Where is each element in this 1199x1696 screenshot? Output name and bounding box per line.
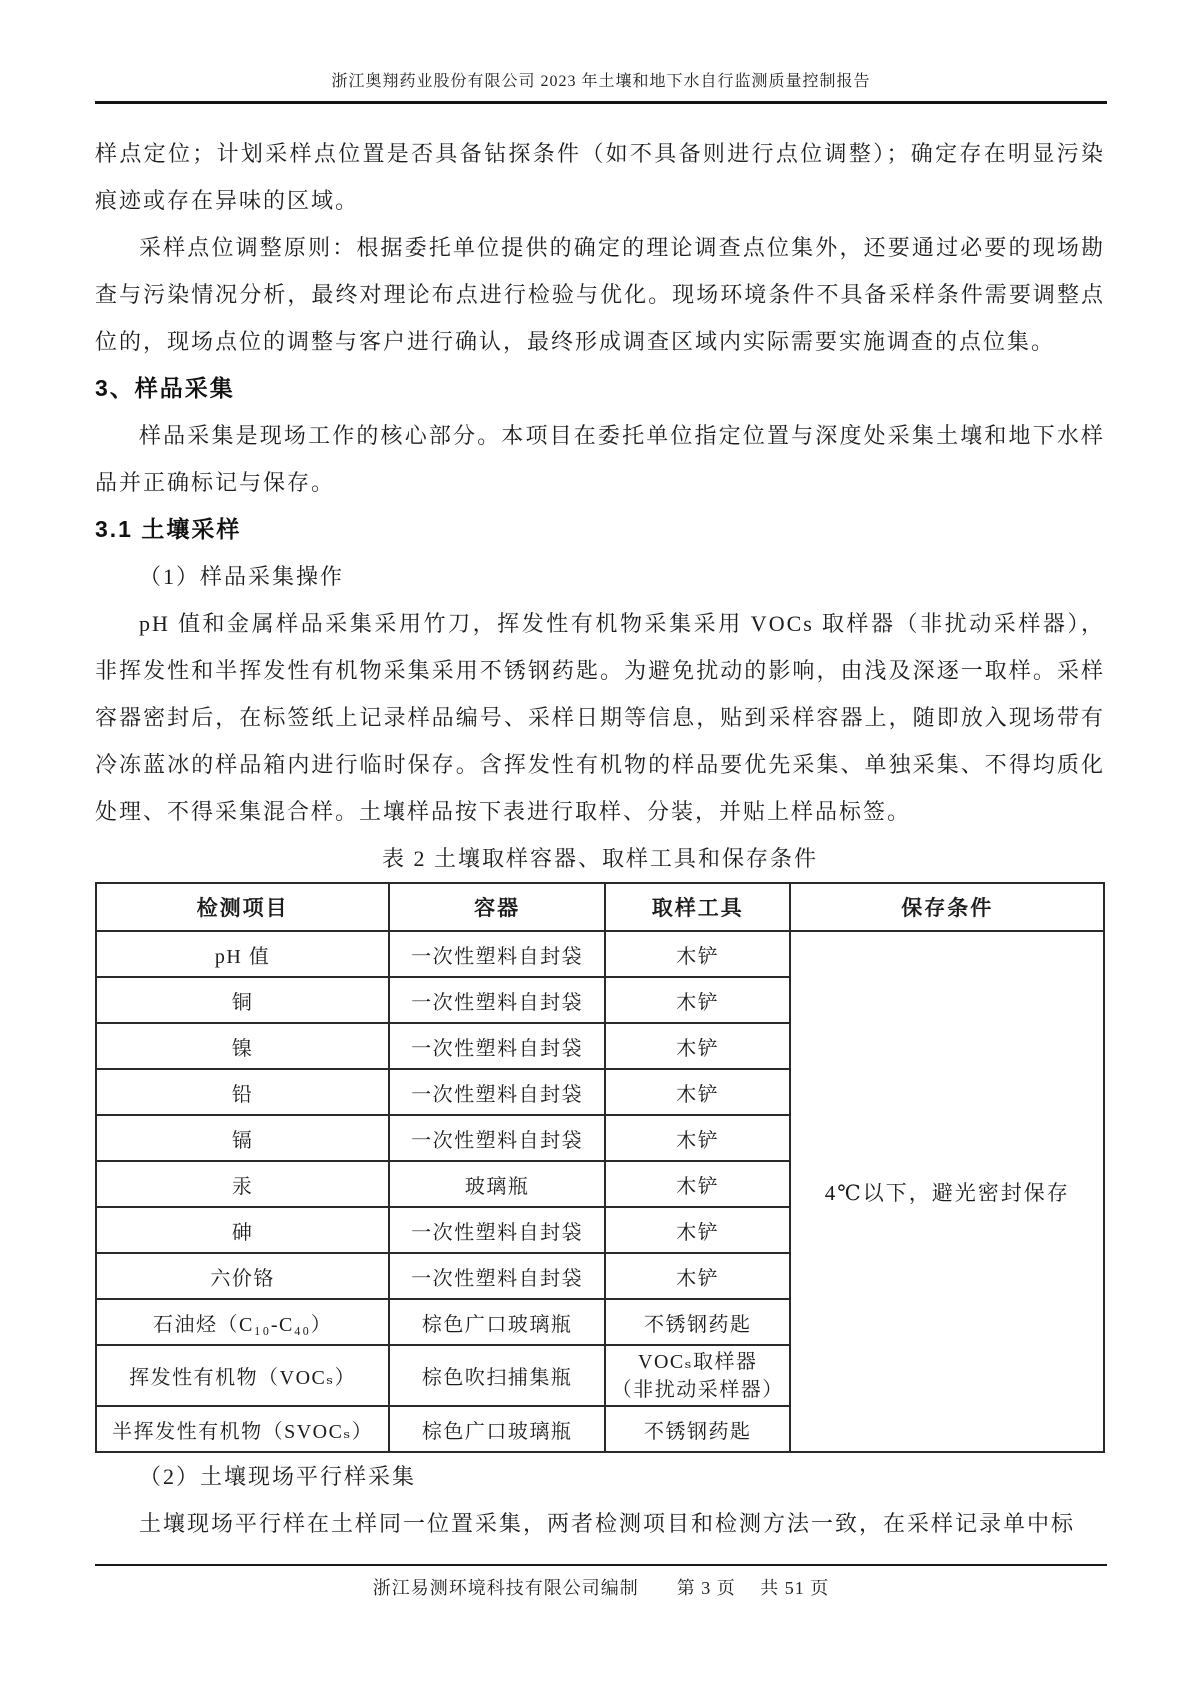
cell-test-item: 六价铬 xyxy=(96,1253,389,1299)
column-header-sampling-tool: 取样工具 xyxy=(605,883,790,931)
cell-container: 棕色广口玻璃瓶 xyxy=(389,1299,605,1345)
table-row: pH 值 一次性塑料自封袋 木铲 4℃以下，避光密封保存 xyxy=(96,931,1104,977)
cell-container: 一次性塑料自封袋 xyxy=(389,977,605,1023)
heading-section-3: 3、样品采集 xyxy=(95,365,1105,412)
cell-tool: 木铲 xyxy=(605,977,790,1023)
cell-test-item: 铅 xyxy=(96,1069,389,1115)
cell-tool: 木铲 xyxy=(605,1069,790,1115)
paragraph-sampling-intro: 样品采集是现场工作的核心部分。本项目在委托单位指定位置与深度处采集土壤和地下水样… xyxy=(95,412,1105,506)
cell-container: 棕色吹扫捕集瓶 xyxy=(389,1345,605,1406)
table-header-row: 检测项目 容器 取样工具 保存条件 xyxy=(96,883,1104,931)
column-header-test-item: 检测项目 xyxy=(96,883,389,931)
page-footer: 浙江易测环境科技有限公司编制 第 3 页 共 51 页 xyxy=(95,1564,1107,1600)
cell-container: 一次性塑料自封袋 xyxy=(389,1115,605,1161)
cell-tool: 木铲 xyxy=(605,1253,790,1299)
heading-section-3-1: 3.1 土壤采样 xyxy=(95,506,1105,553)
cell-test-item: 镉 xyxy=(96,1115,389,1161)
document-page: 浙江奥翔药业股份有限公司 2023 年土壤和地下水自行监测质量控制报告 样点定位… xyxy=(0,0,1199,1696)
cell-test-item: 挥发性有机物（VOCₛ） xyxy=(96,1345,389,1406)
page-header: 浙江奥翔药业股份有限公司 2023 年土壤和地下水自行监测质量控制报告 xyxy=(95,68,1107,104)
cell-tool: 木铲 xyxy=(605,1161,790,1207)
page-content: 样点定位；计划采样点位置是否具备钻探条件（如不具备则进行点位调整）；确定存在明显… xyxy=(95,130,1105,1547)
cell-tool: 木铲 xyxy=(605,1207,790,1253)
cell-container: 棕色广口玻璃瓶 xyxy=(389,1406,605,1452)
cell-container: 玻璃瓶 xyxy=(389,1161,605,1207)
subheading-sample-collection-operation: （1）样品采集操作 xyxy=(95,553,1105,600)
paragraph-sample-location: 样点定位；计划采样点位置是否具备钻探条件（如不具备则进行点位调整）；确定存在明显… xyxy=(95,130,1105,224)
cell-test-item: pH 值 xyxy=(96,931,389,977)
table-2-soil-sampling: 检测项目 容器 取样工具 保存条件 pH 值 一次性塑料自封袋 木铲 4℃以下，… xyxy=(95,882,1105,1453)
subheading-parallel-sample-collection: （2）土壤现场平行样采集 xyxy=(95,1453,1105,1500)
column-header-container: 容器 xyxy=(389,883,605,931)
cell-tool: 不锈钢药匙 xyxy=(605,1299,790,1345)
paragraph-point-adjustment: 采样点位调整原则：根据委托单位提供的确定的理论调查点位集外，还要通过必要的现场勘… xyxy=(95,224,1105,365)
cell-container: 一次性塑料自封袋 xyxy=(389,1207,605,1253)
paragraph-parallel-sample: 土壤现场平行样在土样同一位置采集，两者检测项目和检测方法一致，在采样记录单中标 xyxy=(95,1500,1105,1547)
cell-tool: 木铲 xyxy=(605,1023,790,1069)
cell-test-item: 半挥发性有机物（SVOCₛ） xyxy=(96,1406,389,1452)
cell-tool: 不锈钢药匙 xyxy=(605,1406,790,1452)
cell-container: 一次性塑料自封袋 xyxy=(389,1023,605,1069)
cell-test-item: 铜 xyxy=(96,977,389,1023)
table-2-title: 表 2 土壤取样容器、取样工具和保存条件 xyxy=(95,835,1105,882)
cell-test-item: 镍 xyxy=(96,1023,389,1069)
cell-test-item: 石油烃（C₁₀-C₄₀） xyxy=(96,1299,389,1345)
cell-container: 一次性塑料自封袋 xyxy=(389,1253,605,1299)
footer-text: 浙江易测环境科技有限公司编制 第 3 页 共 51 页 xyxy=(373,1578,830,1598)
cell-tool: 木铲 xyxy=(605,931,790,977)
cell-preservation-condition: 4℃以下，避光密封保存 xyxy=(790,931,1104,1452)
cell-tool: VOCₛ取样器 （非扰动采样器） xyxy=(605,1345,790,1406)
cell-tool: 木铲 xyxy=(605,1115,790,1161)
cell-test-item: 汞 xyxy=(96,1161,389,1207)
column-header-preservation: 保存条件 xyxy=(790,883,1104,931)
header-title: 浙江奥翔药业股份有限公司 2023 年土壤和地下水自行监测质量控制报告 xyxy=(95,68,1107,91)
cell-container: 一次性塑料自封袋 xyxy=(389,1069,605,1115)
paragraph-ph-sampling: pH 值和金属样品采集采用竹刀，挥发性有机物采集采用 VOCs 取样器（非扰动采… xyxy=(95,600,1105,835)
cell-container: 一次性塑料自封袋 xyxy=(389,931,605,977)
cell-test-item: 砷 xyxy=(96,1207,389,1253)
